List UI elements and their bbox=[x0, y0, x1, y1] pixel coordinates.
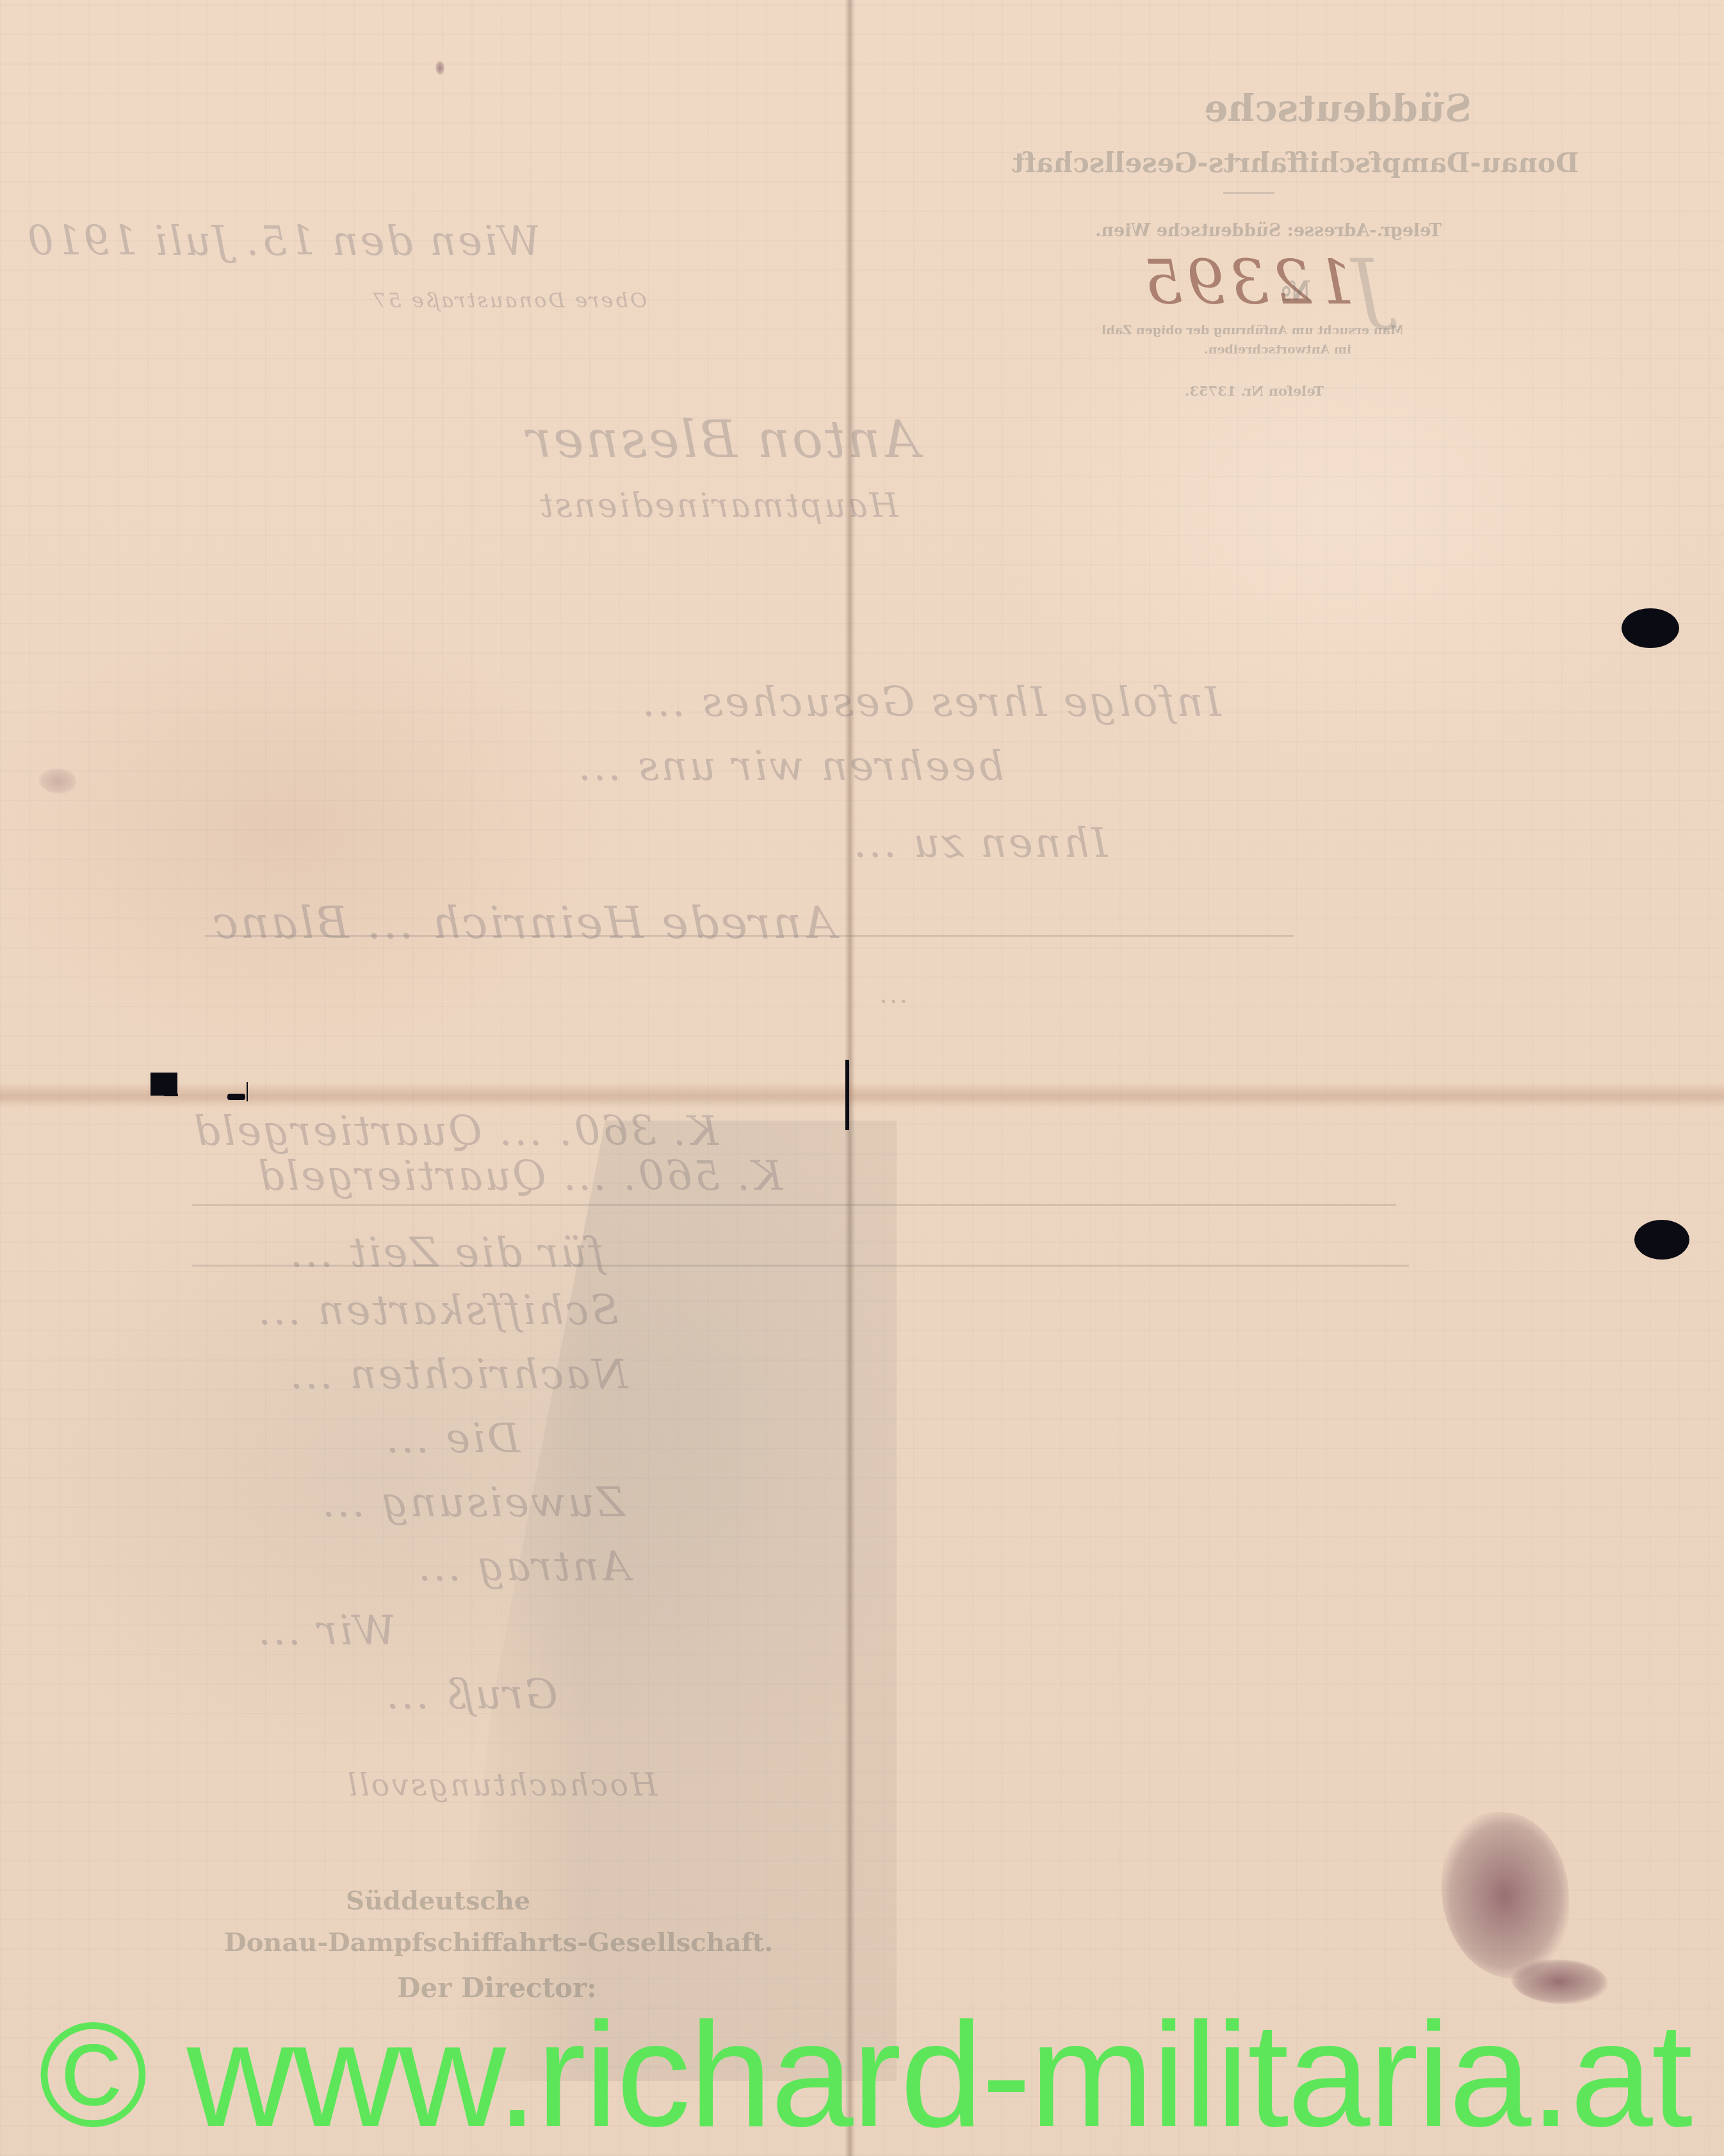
letterhead-company-line1: Süddeutsche bbox=[1204, 86, 1472, 130]
letter-date: Wien den 15. Juli 1910 bbox=[26, 218, 541, 265]
stamp-line1: Süddeutsche bbox=[346, 1886, 530, 1916]
punch-hole-bottom bbox=[1634, 1220, 1689, 1260]
letterhead-reference-note-2: im Antwortschreiben. bbox=[1204, 343, 1351, 357]
body-line: ... bbox=[877, 980, 907, 1009]
body-line: Schiffskarten ... bbox=[256, 1287, 619, 1334]
recipient-line2: Hauptmarinedienst bbox=[538, 487, 899, 525]
tear-hole-left-edge bbox=[164, 1094, 178, 1096]
letterhead-divider bbox=[1223, 192, 1274, 194]
underline-rule bbox=[192, 1204, 1396, 1206]
pin-hole bbox=[247, 1082, 248, 1101]
letter-address-line: Obere Donaustraße 57 bbox=[371, 288, 647, 312]
letterhead-company-line2: Donau-Dampfschiffahrts-Gesellschaft bbox=[1012, 147, 1579, 179]
body-line: Gruß ... bbox=[384, 1671, 558, 1719]
letterhead-reference-note-1: Man ersucht um Anführung der obigen Zahl bbox=[1102, 323, 1404, 337]
underline-rule bbox=[205, 935, 1294, 937]
body-line: Nachrichten ... bbox=[288, 1351, 628, 1398]
tear-hole-left bbox=[150, 1073, 177, 1096]
horizontal-fold-line bbox=[0, 1082, 1724, 1108]
body-line: K. 560. ... Quartiergeld bbox=[256, 1153, 783, 1200]
copyright-watermark: © www.richard-militaria.at bbox=[38, 2001, 1704, 2150]
letter-closing: Hochachtungsvoll bbox=[346, 1767, 657, 1803]
body-line: Zuweisung ... bbox=[320, 1479, 624, 1527]
body-line: Die ... bbox=[384, 1415, 520, 1463]
body-line: Wir ... bbox=[256, 1607, 396, 1655]
body-line: Antrag ... bbox=[416, 1543, 630, 1591]
document-scan: Süddeutsche Donau-Dampfschiffahrts-Gesel… bbox=[0, 0, 1724, 2156]
body-line: für die Zeit ... bbox=[288, 1229, 604, 1277]
punch-hole-top bbox=[1622, 608, 1679, 648]
body-line: Anrede Heinrich ... Blanc bbox=[211, 896, 836, 949]
stamp-line2: Donau-Dampfschiffahrts-Gesellschaft. bbox=[224, 1927, 773, 1957]
body-line: beehren wir uns ... bbox=[576, 743, 1004, 790]
handwritten-initial: J bbox=[1351, 243, 1384, 332]
reference-number: 12395 bbox=[1140, 247, 1354, 318]
body-line: Infolge Ihres Gesuches ... bbox=[640, 679, 1221, 726]
body-line: K. 360. ... Quartiergeld bbox=[192, 1108, 719, 1155]
body-line: Ihnen zu ... bbox=[852, 820, 1107, 867]
ink-speck bbox=[435, 61, 444, 75]
number-label: № bbox=[1281, 275, 1312, 308]
tear-slit bbox=[227, 1094, 245, 1100]
letterhead-telegram-address: Telegr.-Adresse: Süddeutsche Wien. bbox=[1095, 221, 1442, 241]
fold-tear bbox=[845, 1060, 849, 1130]
recipient-name: Anton Blesner bbox=[525, 410, 919, 469]
letterhead-telephone: Telefon Nr. 13753. bbox=[1185, 383, 1324, 399]
